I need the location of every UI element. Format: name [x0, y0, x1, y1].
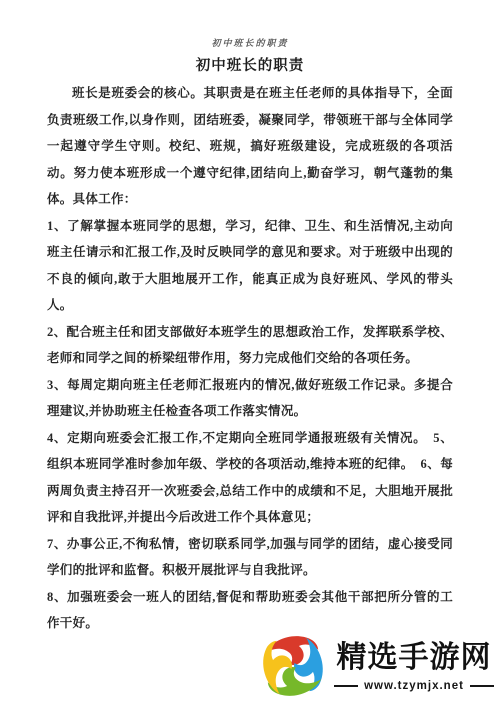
document-page: 初中班长的职责 初中班长的职责 班长是班委会的核心。其职责是在班主任老师的具体指…: [0, 0, 500, 708]
site-url-row: www.tzymjx.net: [334, 680, 494, 692]
divider-line-right: [470, 685, 494, 687]
paragraph-item-7: 7、办事公正,不徇私情，密切联系同学,加强与同学的团结，虚心接受同学们的批评和监…: [47, 531, 453, 584]
site-url: www.tzymjx.net: [364, 680, 464, 692]
page-header-note: 初中班长的职责: [0, 36, 500, 49]
watermark-text-block: 精选手游网 www.tzymjx.net: [334, 640, 494, 692]
divider-line-left: [334, 685, 358, 687]
site-name: 精选手游网: [337, 640, 492, 676]
paragraph-item-2: 2、配合班主任和团支部做好本班学生的思想政治工作，发挥联系学校、老师和同学之间的…: [47, 319, 453, 372]
document-body: 班长是班委会的核心。其职责是在班主任老师的具体指导下，全面负责班级工作,以身作则…: [47, 80, 453, 637]
pinwheel-dragons-logo-icon: [256, 629, 330, 703]
paragraph-item-1: 1、了解掌握本班同学的思想，学习，纪律、卫生、和生活情况,主动向班主任请示和汇报…: [47, 213, 453, 319]
paragraph-item-3: 3、每周定期向班主任老师汇报班内的情况,做好班级工作记录。多提合理建议,并协助班…: [47, 372, 453, 425]
site-watermark: 精选手游网 www.tzymjx.net: [256, 628, 494, 704]
page-title: 初中班长的职责: [0, 54, 500, 75]
paragraph-intro: 班长是班委会的核心。其职责是在班主任老师的具体指导下，全面负责班级工作,以身作则…: [47, 80, 453, 213]
paragraph-items-4-5-6: 4、定期向班委会汇报工作,不定期向全班同学通报班级有关情况。 5、组织本班同学准…: [47, 425, 453, 531]
